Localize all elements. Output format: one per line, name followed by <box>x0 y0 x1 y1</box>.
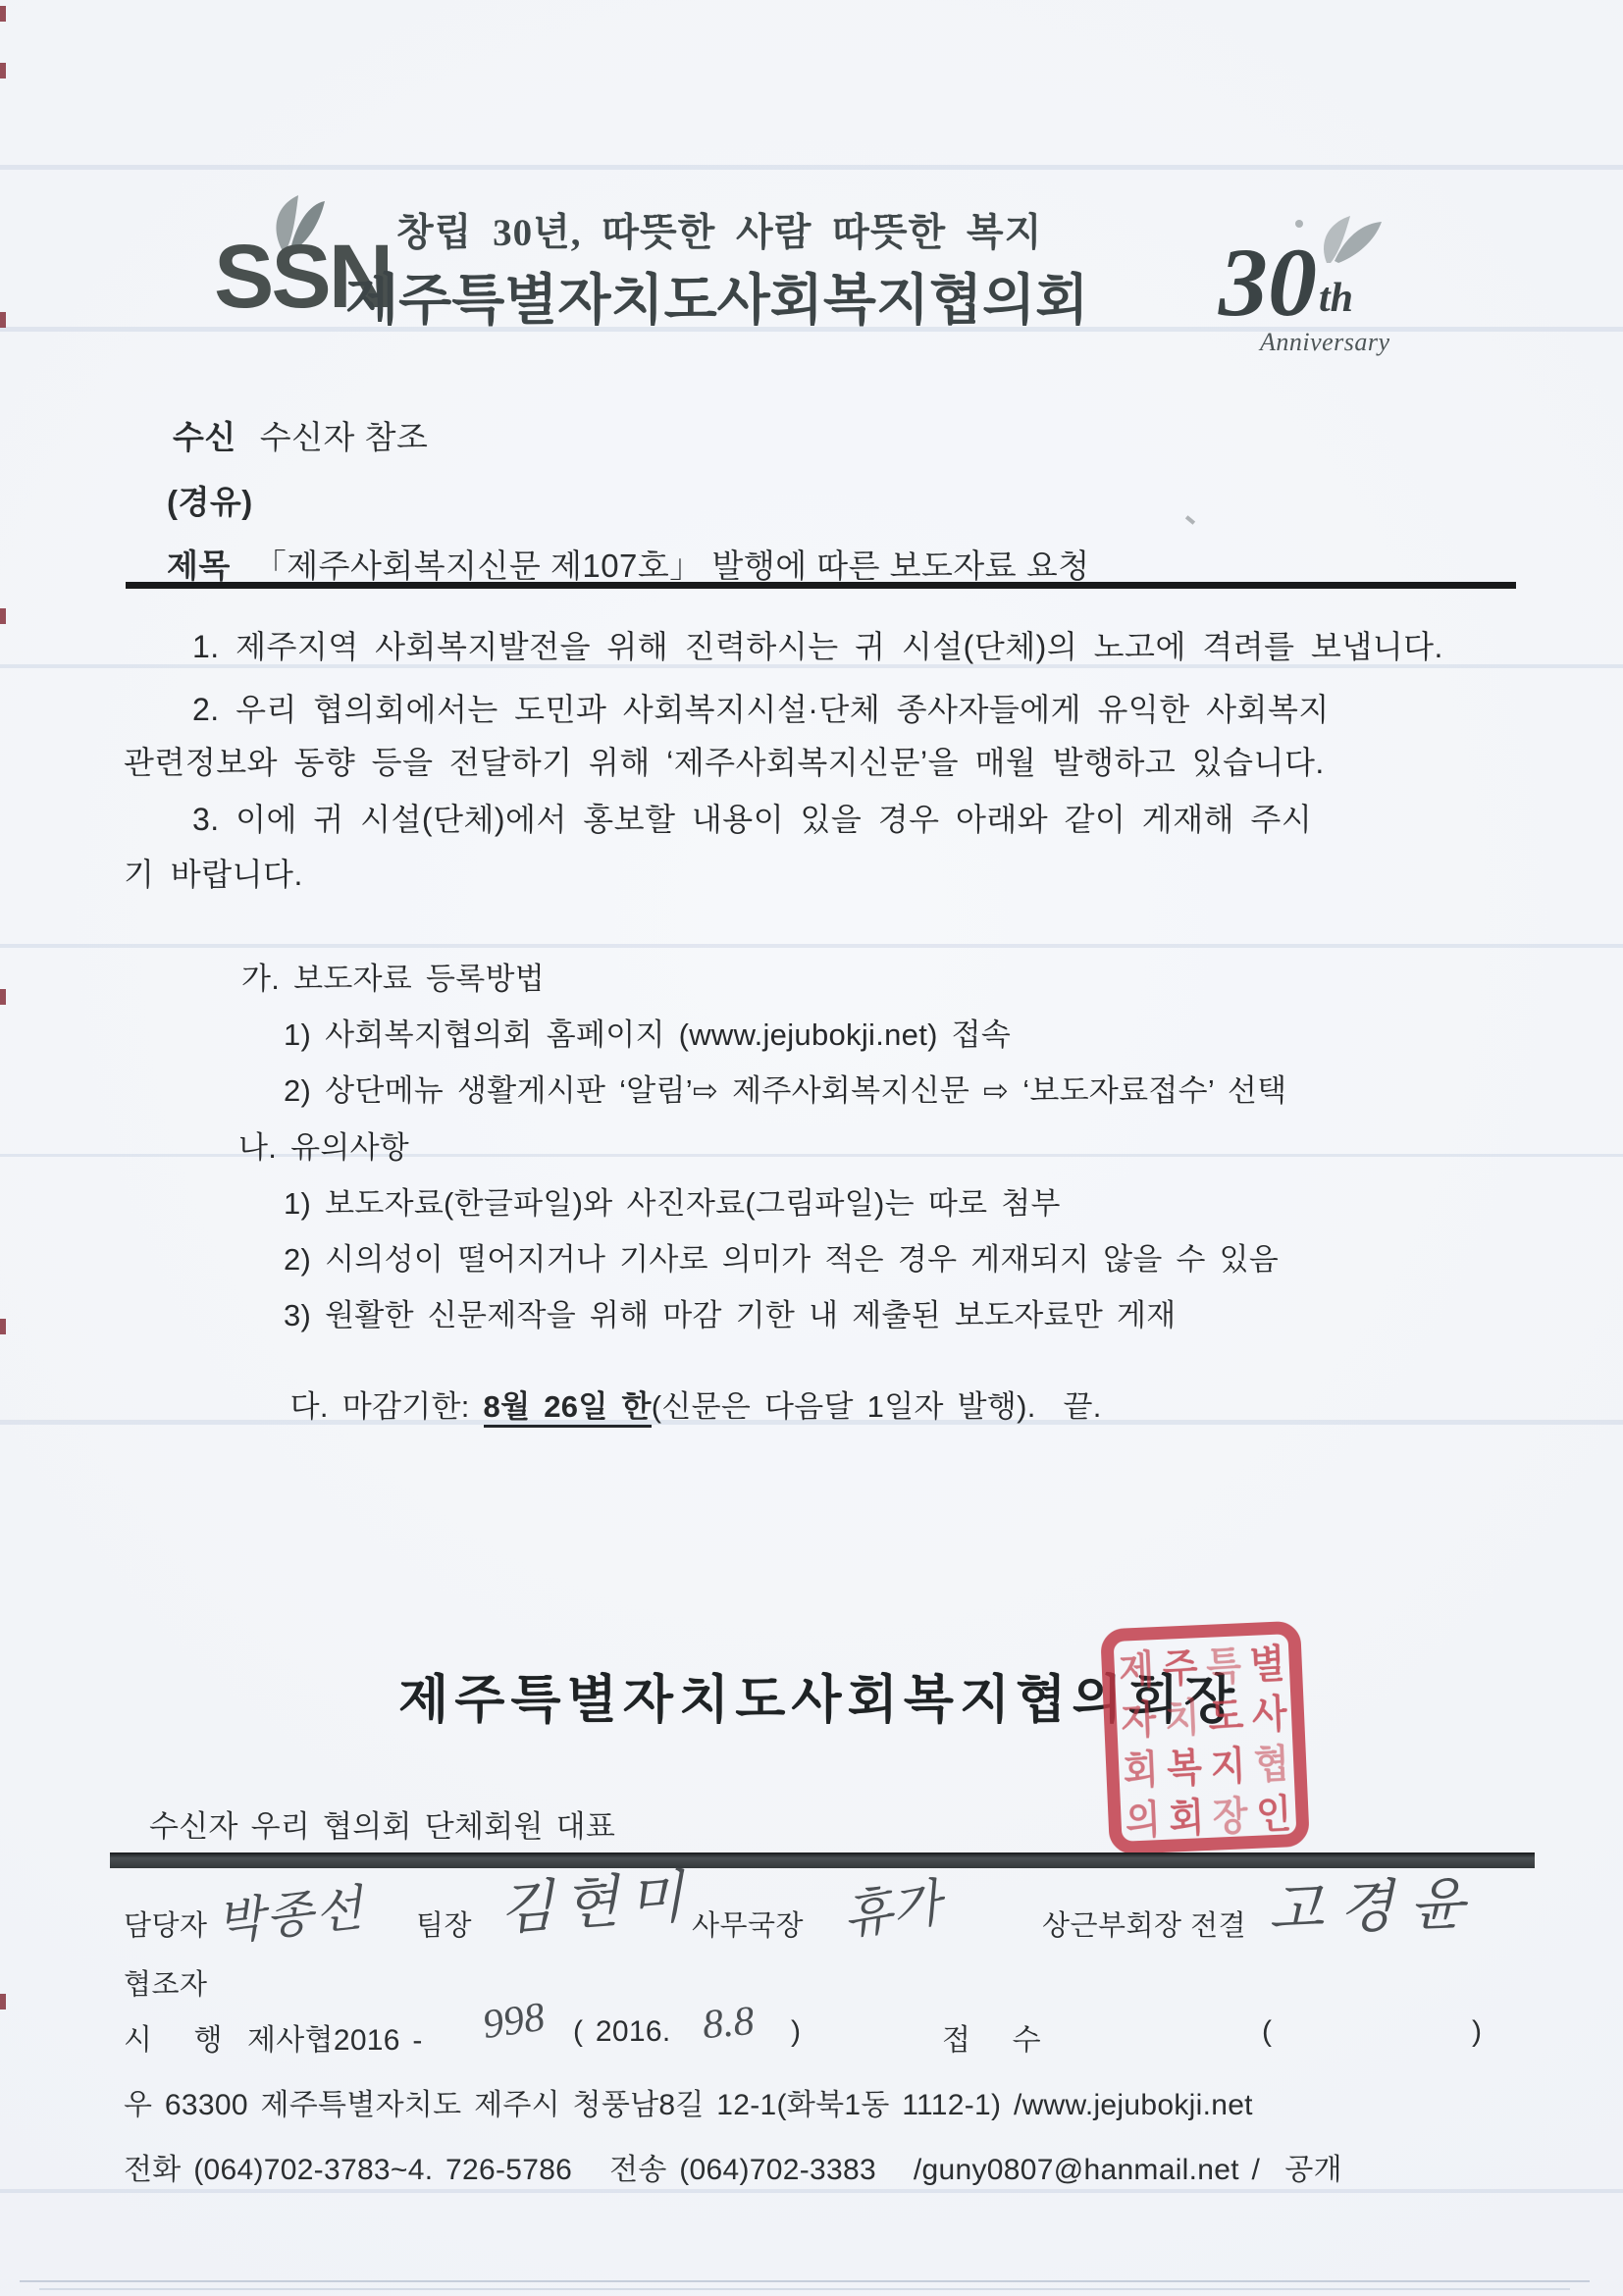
staff-label-vice-chair: 상근부회장 전결 <box>1042 1904 1246 1944</box>
scanned-document-page: SSN 창립 30년, 따뜻한 사람 따뜻한 복지 제주특별자치도사회복지협의회… <box>0 0 1623 2296</box>
subject-label: 제목 <box>167 548 231 584</box>
anniversary-th: th <box>1319 275 1353 322</box>
handwritten-doc-number: 998 <box>480 1994 548 2049</box>
body-paragraph-1: 1. 제주지역 사회복지발전을 위해 진력하시는 귀 시설(단체)의 노고에 격… <box>192 622 1443 667</box>
body-paragraph-3-line2: 기 바랍니다. <box>124 850 303 895</box>
scan-band <box>0 944 1623 948</box>
anniversary-label: Anniversary <box>1260 328 1390 357</box>
doc-receipt-label: 접 수 <box>942 2015 1047 2059</box>
edge-mark <box>0 608 6 624</box>
title-rule <box>126 582 1516 589</box>
staff-label-manager: 담당자 <box>124 1904 208 1944</box>
scan-speck <box>1185 515 1195 524</box>
deadline-suffix: (신문은 다음달 1일자 발행). 끝. <box>652 1389 1102 1424</box>
subject-line: 제목「제주사회복지신문 제107호」 발행에 따른 보도자료 요청 <box>167 541 1090 587</box>
handwritten-signature-secretary-general: 휴가 <box>837 1861 946 1950</box>
seal-char: 도 <box>1203 1684 1249 1740</box>
doc-dispatch-label: 시 행 <box>124 2015 229 2059</box>
recipient-label: 수신 <box>173 419 236 455</box>
deadline-prefix: 다. 마감기한: <box>290 1389 484 1424</box>
recipients-line: 수신자 우리 협의회 단체회원 대표 <box>149 1801 615 1846</box>
letterhead: SSN 창립 30년, 따뜻한 사람 따뜻한 복지 제주특별자치도사회복지협의회… <box>0 0 1623 373</box>
scan-line <box>20 2280 1590 2282</box>
recipient-line: 수신수신자 참조 <box>173 412 428 458</box>
seal-char: 제 <box>1114 1638 1160 1694</box>
body-paragraph-3-line1: 3. 이에 귀 시설(단체)에서 홍보할 내용이 있을 경우 아래와 같이 게재… <box>192 795 1312 840</box>
seal-char: 자 <box>1116 1688 1162 1744</box>
org-seal-stamp: 제 주 특 별 자 치 도 사 회 복 지 협 의 회 장 인 <box>1100 1621 1310 1855</box>
doc-date-close: ) <box>791 2015 801 2049</box>
list-da-line: 다. 마감기한: 8월 26일 한(신문은 다음달 1일자 발행). 끝. <box>236 1346 1102 1461</box>
edge-mark <box>0 1994 6 2009</box>
handwritten-signature-team-lead: 김현미 <box>496 1850 695 1946</box>
seal-char: 주 <box>1157 1636 1203 1692</box>
scan-band <box>0 2189 1623 2193</box>
anniversary-mark: 30 th <box>1219 243 1353 322</box>
seal-char: 의 <box>1120 1788 1166 1844</box>
contact-line: 전화 (064)702-3783~4. 726-5786 전송 (064)702… <box>124 2145 1342 2188</box>
doc-number-prefix: 제사협2016 - <box>247 2015 423 2059</box>
via-line: (경유) <box>167 477 253 523</box>
seal-char: 복 <box>1161 1736 1207 1792</box>
seal-char: 회 <box>1164 1786 1210 1842</box>
staff-label-team-lead: 팀장 <box>416 1904 472 1944</box>
seal-char: 인 <box>1251 1782 1297 1838</box>
list-na-item1: 1) 보도자료(한글파일)와 사진자료(그림파일)는 따로 첨부 <box>284 1178 1061 1223</box>
list-na-item2: 2) 시의성이 떨어지거나 기사로 의미가 적은 경우 게재되지 않을 수 있음 <box>284 1234 1279 1278</box>
seal-char: 회 <box>1118 1738 1164 1794</box>
anniversary-number: 30 <box>1219 243 1317 322</box>
seal-char: 별 <box>1244 1632 1290 1688</box>
list-na-title: 나. 유의사항 <box>238 1122 409 1167</box>
handwritten-signature-vice-chair: 고경윤 <box>1267 1856 1482 1946</box>
scan-line <box>39 2288 1570 2290</box>
body-paragraph-2-line1: 2. 우리 협의회에서는 도민과 사회복지시설·단체 종사자들에게 유익한 사회… <box>192 685 1330 730</box>
doc-receipt-paren-open: ( <box>1262 2015 1272 2049</box>
cooperator-label: 협조자 <box>124 1962 208 2003</box>
list-ga-item1: 1) 사회복지협의회 홈페이지 (www.jejubokji.net) 접속 <box>284 1010 1011 1054</box>
address-line: 우 63300 제주특별자치도 제주시 청풍남8길 12-1(화북1동 1112… <box>124 2080 1253 2123</box>
handwritten-signature-manager: 박종선 <box>213 1868 368 1954</box>
seal-char: 특 <box>1200 1634 1246 1690</box>
edge-mark <box>0 989 6 1005</box>
subject-value: 「제주사회복지신문 제107호」 발행에 따른 보도자료 요청 <box>254 548 1090 584</box>
seal-char: 사 <box>1246 1682 1292 1738</box>
seal-char: 협 <box>1248 1732 1294 1788</box>
list-na-item3: 3) 원활한 신문제작을 위해 마감 기한 내 제출된 보도자료만 게재 <box>284 1290 1177 1334</box>
org-name: 제주특별자치도사회복지협의회 <box>345 257 1088 336</box>
edge-mark <box>0 1319 6 1334</box>
seal-char: 지 <box>1205 1734 1251 1790</box>
seal-char: 장 <box>1207 1784 1253 1840</box>
body-paragraph-2-line2: 관련정보와 동향 등을 전달하기 위해 ‘제주사회복지신문’을 매월 발행하고 … <box>124 738 1325 783</box>
seal-char: 치 <box>1159 1686 1205 1742</box>
deadline-emphasis: 8월 26일 한 <box>484 1389 652 1428</box>
recipient-value: 수신자 참조 <box>260 419 429 455</box>
header-slogan: 창립 30년, 따뜻한 사람 따뜻한 복지 <box>396 202 1042 257</box>
list-ga-title: 가. 보도자료 등록방법 <box>241 954 545 998</box>
doc-date-open: ( 2016. <box>573 2015 671 2049</box>
doc-receipt-paren-close: ) <box>1472 2015 1482 2049</box>
handwritten-doc-date: 8.8 <box>701 1998 756 2049</box>
staff-label-secretary-general: 사무국장 <box>692 1904 804 1944</box>
list-ga-item2: 2) 상단메뉴 생활게시판 ‘알림’⇨ 제주사회복지신문 ⇨ ‘보도자료접수’ … <box>284 1066 1286 1110</box>
